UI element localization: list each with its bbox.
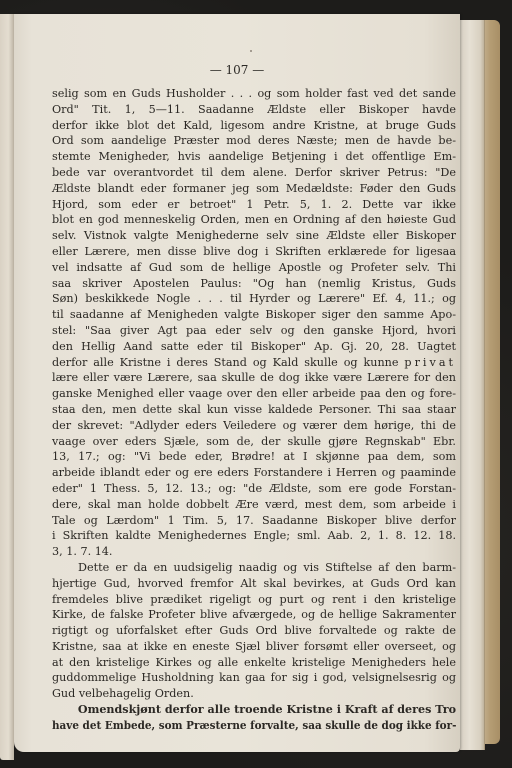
text-line-content: Ord" Tit. 1, 5—11. Saadanne Ældste eller… — [52, 103, 456, 116]
text-line-content: lære eller være Lærere, saa skulle de do… — [52, 371, 456, 384]
text-line: selv. Vistnok valgte Menighederne selv s… — [52, 228, 456, 244]
text-line-content: dere, skal man holde dobbelt Ære værd, m… — [52, 498, 456, 511]
text-line-content: Hjord, som eder er betroet" 1 Petr. 5, 1… — [52, 198, 456, 211]
text-line: rigtigt og uforfalsket efter Guds Ord bl… — [52, 623, 456, 639]
text-line-content: 13, 17.; og: "Vi bede eder, Brødre! at I… — [52, 450, 456, 463]
text-line: lære eller være Lærere, saa skulle de do… — [52, 370, 456, 386]
text-line: at den kristelige Kirkes og alle enkelte… — [52, 655, 456, 671]
text-line-content: vel indsatte af Gud som de hellige Apost… — [52, 261, 456, 274]
text-line: Dette er da en uudsigelig naadig og vis … — [52, 560, 456, 576]
text-line: den Hellig Aand satte eder til Bisko­per… — [52, 339, 456, 355]
text-line-content: Gud velbehagelig Orden. — [52, 687, 194, 700]
text-line: hjertige Gud, hvorved fremfor Alt skal b… — [52, 576, 456, 592]
spaced-emphasis: privat — [404, 356, 456, 369]
text-line: Omendskjønt derfor alle troende Kristne … — [52, 702, 454, 718]
text-line: i Skriften kaldte Menighedernes Engle; s… — [52, 528, 456, 544]
text-line: Ældste blandt eder formaner jeg som Medæ… — [52, 181, 456, 197]
text-line: Tale og Lærdom" 1 Tim. 5, 17. Saadanne B… — [52, 513, 456, 529]
text-line-content: bede var overantvordet til dem alene. De… — [52, 166, 456, 179]
text-line: til saadanne af Menigheden valgte Biskop… — [52, 307, 456, 323]
text-line-content: guddommelige Husholdning kan gaa for sig… — [52, 671, 456, 684]
text-line-content: blot en god menneskelig Orden, men en Or… — [52, 213, 456, 226]
text-line: eder" 1 Thess. 5, 12. 13.; og: "de Ældst… — [52, 481, 456, 497]
text-line: Kristne, saa at ikke en eneste Sjæl bliv… — [52, 639, 456, 655]
text-line-content: Kirke, de falske Profeter blive afværged… — [52, 608, 456, 621]
text-line-content: Kristne, saa at ikke en eneste Sjæl bliv… — [52, 640, 456, 653]
text-line: staa den, men dette skal kun visse kalde… — [52, 402, 456, 418]
text-line: bede var overantvordet til dem alene. De… — [52, 165, 456, 181]
text-line-content: selig som en Guds Husholder . . . og som… — [52, 87, 456, 100]
text-line: blot en god menneskelig Orden, men en Or… — [52, 212, 456, 228]
text-line: Søn) beskikkede Nogle . . . til Hyrder o… — [52, 291, 456, 307]
text-line-content: at den kristelige Kirkes og alle enkelte… — [52, 656, 456, 669]
text-line: guddommelige Husholdning kan gaa for sig… — [52, 670, 456, 686]
text-line: vel indsatte af Gud som de hellige Apost… — [52, 260, 456, 276]
text-line-content: have det Embede, som Præsterne forvalte,… — [52, 718, 456, 732]
text-line-content: eder" 1 Thess. 5, 12. 13.; og: "de Ældst… — [52, 482, 456, 495]
text-line: derfor alle Kristne i deres Stand og Kal… — [52, 355, 456, 371]
text-line: der skrevet: "Adlyder eders Veiledere og… — [52, 418, 456, 434]
body-text: selig som en Guds Husholder . . . og som… — [52, 86, 456, 734]
text-line: 13, 17.; og: "Vi bede eder, Brødre! at I… — [52, 449, 456, 465]
text-line-content: stemte Menigheder, hvis aandelige Betjen… — [52, 150, 456, 163]
text-line-content: i Skriften kaldte Menighedernes Engle; s… — [52, 529, 456, 542]
text-line: 3, 1. 7. 14. — [52, 544, 456, 560]
left-page-edge — [0, 14, 14, 760]
text-line-content: derfor ikke blot det Kald, ligesom andre… — [52, 119, 456, 132]
text-line: arbeide iblandt eder og ere eders Forsta… — [52, 465, 456, 481]
text-line: eller Lærere, men disse blive dog i Skri… — [52, 244, 456, 260]
text-line-content: hjertige Gud, hvorved fremfor Alt skal b… — [52, 577, 456, 590]
text-line-content: fremdeles blive prædiket rigeligt og pur… — [52, 593, 456, 606]
page-number: — 107 — — [14, 63, 460, 77]
text-line-content: Omendskjønt derfor alle troende Kristne … — [78, 702, 456, 716]
text-line: Hjord, som eder er betroet" 1 Petr. 5, 1… — [52, 197, 456, 213]
text-line: Kirke, de falske Profeter blive afværged… — [52, 607, 456, 623]
text-line-content: Ord som aandelige Præster mod deres Næst… — [52, 134, 456, 147]
text-line: Ord" Tit. 1, 5—11. Saadanne Ældste eller… — [52, 102, 456, 118]
text-line-content: Dette er da en uudsigelig naadig og vis … — [78, 561, 456, 574]
text-line: selig som en Guds Husholder . . . og som… — [52, 86, 456, 102]
text-line: derfor ikke blot det Kald, ligesom andre… — [52, 118, 456, 134]
text-line-content: eller Lærere, men disse blive dog i Skri… — [52, 245, 456, 258]
book-page: — 107 — selig som en Guds Husholder . . … — [14, 14, 460, 752]
text-line-content: rigtigt og uforfalsket efter Guds Ord bl… — [52, 624, 456, 637]
text-line-content: arbeide iblandt eder og ere eders Forsta… — [52, 466, 456, 479]
text-line-content: der skrevet: "Adlyder eders Veiledere og… — [52, 419, 456, 432]
text-line-content: selv. Vistnok valgte Menighederne selv s… — [52, 229, 456, 242]
text-line-content: til saadanne af Menigheden valgte Biskop… — [52, 308, 456, 321]
text-line: saa skriver Apostelen Paulus: "Og han (n… — [52, 276, 456, 292]
text-line: vaage over eders Sjæle, som de, der skul… — [52, 434, 456, 450]
text-line-content: saa skriver Apostelen Paulus: "Og han (n… — [52, 277, 456, 290]
text-line-content: Tale og Lærdom" 1 Tim. 5, 17. Saadanne B… — [52, 514, 456, 527]
text-line-content: Søn) beskikkede Nogle . . . til Hyrder o… — [52, 292, 456, 305]
text-line-content: derfor alle Kristne i deres Stand og Kal… — [52, 356, 399, 369]
text-line-content: stel: "Saa giver Agt paa eder selv og de… — [52, 324, 456, 337]
text-line: stemte Menigheder, hvis aandelige Betjen… — [52, 149, 456, 165]
text-line: dere, skal man holde dobbelt Ære værd, m… — [52, 497, 456, 513]
text-line-content: Ældste blandt eder formaner jeg som Medæ… — [52, 182, 456, 195]
text-line-content: 3, 1. 7. 14. — [52, 545, 112, 558]
text-line-content: staa den, men dette skal kun visse kalde… — [52, 403, 456, 416]
text-line-content: ganske Menighed eller vaage over den ell… — [52, 387, 456, 400]
text-line-content: vaage over eders Sjæle, som de, der skul… — [52, 435, 456, 448]
text-line: stel: "Saa giver Agt paa eder selv og de… — [52, 323, 456, 339]
text-line: Gud velbehagelig Orden. — [52, 686, 456, 702]
text-line: have det Embede, som Præsterne forvalte,… — [52, 718, 427, 734]
underlying-page-edge — [460, 20, 485, 750]
text-line: fremdeles blive prædiket rigeligt og pur… — [52, 592, 456, 608]
text-line-content: den Hellig Aand satte eder til Bisko­per… — [52, 340, 456, 353]
text-line: ganske Menighed eller vaage over den ell… — [52, 386, 456, 402]
text-line: Ord som aandelige Præster mod deres Næst… — [52, 133, 456, 149]
paper-speck — [250, 50, 252, 52]
